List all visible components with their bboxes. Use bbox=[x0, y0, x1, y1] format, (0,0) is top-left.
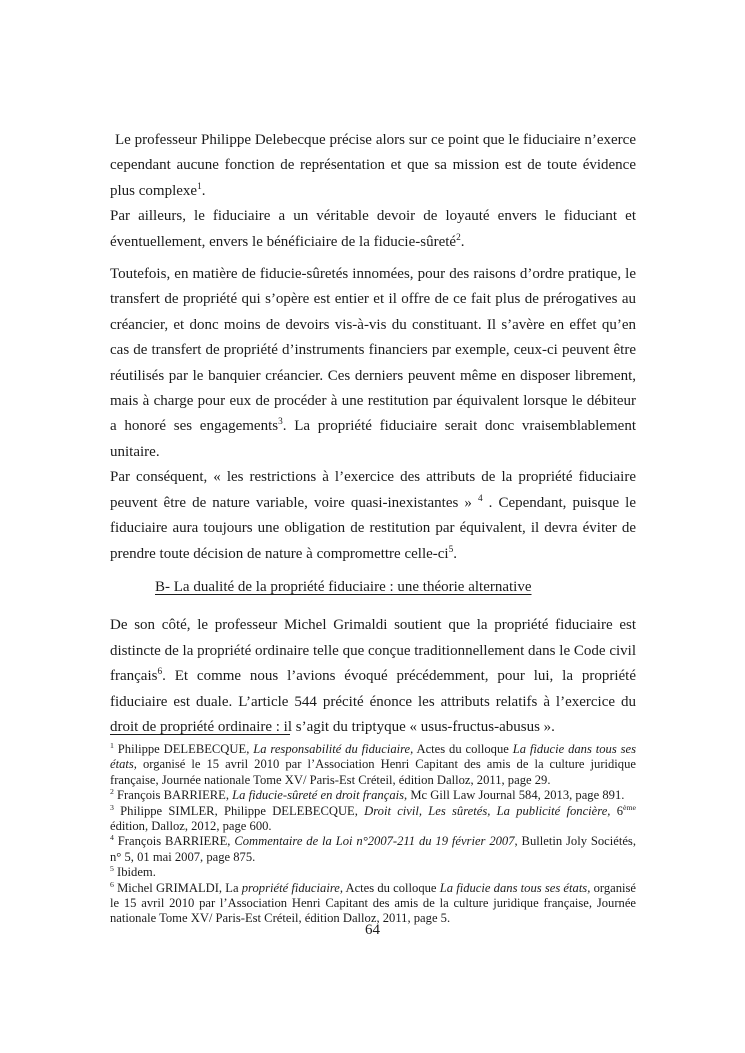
page-body: Le professeur Philippe Delebecque précis… bbox=[110, 128, 636, 740]
document-page: Le professeur Philippe Delebecque précis… bbox=[0, 0, 745, 1053]
section-heading: B- La dualité de la propriété fiduciaire… bbox=[155, 575, 636, 600]
paragraph-2: Par ailleurs, le fiduciaire a un véritab… bbox=[110, 204, 636, 255]
page-number: 64 bbox=[0, 921, 745, 939]
footnote-5: 5 Ibidem. bbox=[110, 865, 636, 880]
paragraph-3: Toutefois, en matière de fiducie-sûretés… bbox=[110, 262, 636, 465]
footnote-4: 4 François BARRIERE, Commentaire de la L… bbox=[110, 834, 636, 865]
paragraph-4: Par conséquent, « les restrictions à l’e… bbox=[110, 465, 636, 567]
footnote-2: 2 François BARRIERE, La fiducie-sûreté e… bbox=[110, 788, 636, 803]
footnote-area: 1 Philippe DELEBECQUE, La responsabilité… bbox=[110, 734, 636, 927]
footnote-separator bbox=[110, 734, 290, 735]
footnote-1: 1 Philippe DELEBECQUE, La responsabilité… bbox=[110, 742, 636, 788]
paragraph-5: De son côté, le professeur Michel Grimal… bbox=[110, 613, 636, 740]
footnote-6: 6 Michel GRIMALDI, La propriété fiduciai… bbox=[110, 881, 636, 927]
paragraph-1: Le professeur Philippe Delebecque précis… bbox=[110, 128, 636, 204]
footnote-3: 3 Philippe SIMLER, Philippe DELEBECQUE, … bbox=[110, 804, 636, 835]
